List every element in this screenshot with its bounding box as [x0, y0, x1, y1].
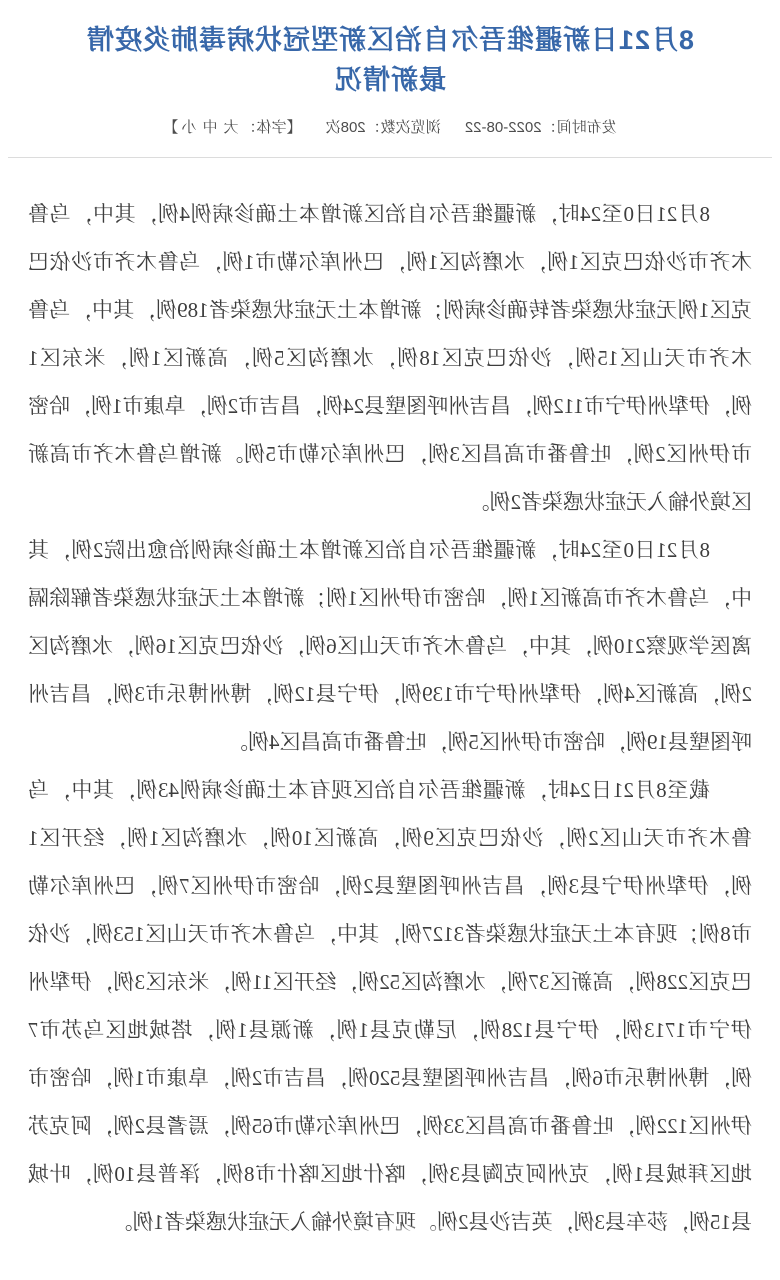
article-body: 8月21日0至24时，新疆维吾尔自治区新增本土确诊病例4例，其中，乌鲁木齐市沙依…: [28, 190, 752, 1246]
font-size-control: 【字体：大中小】: [163, 119, 301, 136]
page-title: 8月21日新疆维吾尔自治区新型冠状病毒肺炎疫情最新情况: [80, 20, 700, 100]
paragraph: 8月21日0至24时，新疆维吾尔自治区新增本土确诊病例4例，其中，乌鲁木齐市沙依…: [28, 190, 752, 526]
meta-bar: 发布时间：2022-08-22 浏览次数：208次 【字体：大中小】: [0, 116, 780, 137]
paragraph: 8月21日0至24时，新疆维吾尔自治区新增本土确诊病例治愈出院2例，其中，乌鲁木…: [28, 526, 752, 766]
divider: [8, 157, 772, 158]
mirrored-content: 8月21日新疆维吾尔自治区新型冠状病毒肺炎疫情最新情况 发布时间：2022-08…: [0, 0, 780, 1280]
font-control-suffix: 】: [163, 119, 178, 136]
article-page: 8月21日新疆维吾尔自治区新型冠状病毒肺炎疫情最新情况 发布时间：2022-08…: [0, 0, 780, 1280]
font-control-prefix: 【字体：: [241, 119, 301, 136]
publish-time: 发布时间：2022-08-22: [465, 119, 617, 136]
font-small-button[interactable]: 小: [181, 119, 196, 136]
font-medium-button[interactable]: 中: [202, 119, 217, 136]
paragraph: 截至8月21日24时，新疆维吾尔自治区现有本土确诊病例43例，其中，乌鲁木齐市天…: [28, 766, 752, 1246]
view-count: 浏览次数：208次: [326, 119, 441, 136]
font-large-button[interactable]: 大: [223, 119, 238, 136]
